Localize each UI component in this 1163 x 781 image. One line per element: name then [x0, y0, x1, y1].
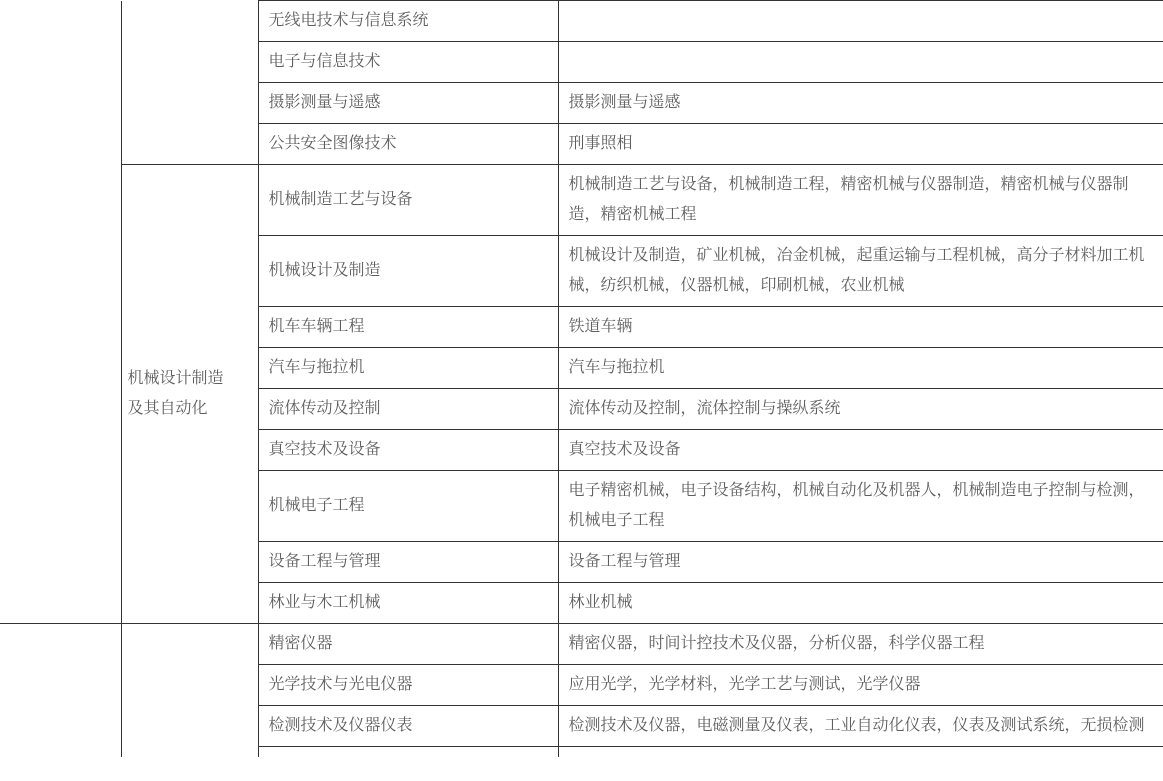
major-name-cell: 检测技术及仪器仪表 — [258, 706, 558, 747]
major-name-cell: 精密仪器 — [258, 624, 558, 665]
old-majors-cell — [558, 1, 1163, 42]
major-name-cell: 机械电子工程 — [258, 471, 558, 542]
old-majors-cell: 应用光学，光学材料，光学工艺与测试，光学仪器 — [558, 665, 1163, 706]
old-majors-cell: 刑事照相 — [558, 124, 1163, 165]
old-majors-cell: 摄影测量与遥感 — [558, 83, 1163, 124]
old-majors-cell: 设备工程与管理 — [558, 542, 1163, 583]
major-name-cell: 摄影测量与遥感 — [258, 83, 558, 124]
major-name-cell: 光学技术与光电仪器 — [258, 665, 558, 706]
old-majors-cell: 流体传动及控制，流体控制与操纵系统 — [558, 389, 1163, 430]
category-cell — [0, 624, 121, 758]
major-group-label-cell: 机械设计制造 及其自动化 — [121, 165, 258, 624]
old-majors-cell: 检测技术及仪器，电磁测量及仪表，工业自动化仪表，仪表及测试系统，无损检测 — [558, 706, 1163, 747]
old-majors-cell: 汽车与拖拉机 — [558, 348, 1163, 389]
table-row: 无线电技术与信息系统 — [0, 1, 1163, 42]
major-name-cell: 机械设计及制造 — [258, 236, 558, 307]
old-majors-cell: 机械设计及制造，矿业机械，冶金机械，起重运输与工程机械，高分子材料加工机械，纺织… — [558, 236, 1163, 307]
major-name-cell: 汽车与拖拉机 — [258, 348, 558, 389]
category-cell — [0, 1, 121, 624]
major-name-cell: 电子与信息技术 — [258, 42, 558, 83]
major-group-label-cell — [121, 624, 258, 758]
majors-table-body: 无线电技术与信息系统电子与信息技术摄影测量与遥感摄影测量与遥感公共安全图像技术刑… — [0, 1, 1163, 758]
major-name-cell: 无线电技术与信息系统 — [258, 1, 558, 42]
table-row: 精密仪器精密仪器，时间计控技术及仪器，分析仪器，科学仪器工程 — [0, 624, 1163, 665]
major-name-cell: 机车车辆工程 — [258, 307, 558, 348]
old-majors-cell: 铁道车辆 — [558, 307, 1163, 348]
major-name-cell: 机械制造工艺与设备 — [258, 165, 558, 236]
old-majors-cell: 精密仪器，时间计控技术及仪器，分析仪器，科学仪器工程 — [558, 624, 1163, 665]
table-row: 机械设计制造 及其自动化机械制造工艺与设备机械制造工艺与设备，机械制造工程，精密… — [0, 165, 1163, 236]
major-name-cell — [258, 747, 558, 758]
major-name-cell: 公共安全图像技术 — [258, 124, 558, 165]
major-name-cell: 林业与木工机械 — [258, 583, 558, 624]
old-majors-cell: 林业机械 — [558, 583, 1163, 624]
old-majors-cell: 机械制造工艺与设备，机械制造工程，精密机械与仪器制造，精密机械与仪器制造，精密机… — [558, 165, 1163, 236]
majors-table-wrap: 无线电技术与信息系统电子与信息技术摄影测量与遥感摄影测量与遥感公共安全图像技术刑… — [0, 0, 1163, 757]
old-majors-cell: 电子精密机械，电子设备结构，机械自动化及机器人，机械制造电子控制与检测，机械电子… — [558, 471, 1163, 542]
old-majors-cell — [558, 747, 1163, 758]
old-majors-cell — [558, 42, 1163, 83]
major-group-label-cell — [121, 1, 258, 165]
major-name-cell: 真空技术及设备 — [258, 430, 558, 471]
major-name-cell: 流体传动及控制 — [258, 389, 558, 430]
majors-table: 无线电技术与信息系统电子与信息技术摄影测量与遥感摄影测量与遥感公共安全图像技术刑… — [0, 0, 1163, 757]
major-name-cell: 设备工程与管理 — [258, 542, 558, 583]
old-majors-cell: 真空技术及设备 — [558, 430, 1163, 471]
